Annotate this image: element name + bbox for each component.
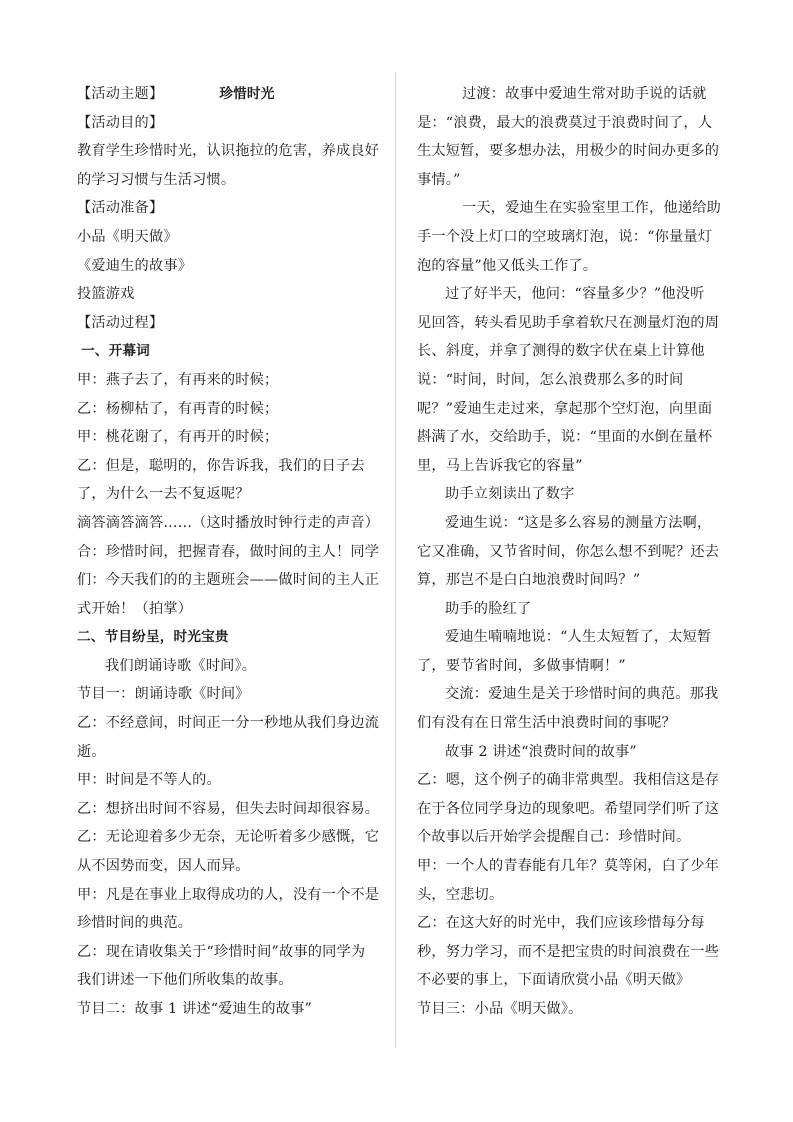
paragraph-line: 我们朗诵诗歌《时间》。 (77, 652, 389, 681)
paragraph-line: 乙：不经意间，时间正一分一秒地从我们身边流 (77, 709, 389, 738)
paragraph-line: 甲：燕子去了，有再来的时候； (77, 366, 389, 395)
paragraph-line: 节目一：朗诵诗歌《时间》 (77, 680, 389, 709)
paragraph-line: 式开始！（拍掌） (77, 595, 389, 624)
paragraph-line: 手一个没上灯口的空玻璃灯泡，说：“你量量灯 (417, 223, 729, 252)
paragraph-line: 乙：杨柳枯了，有再青的时候； (77, 395, 389, 424)
section-label: 【活动过程】 (77, 309, 389, 338)
paragraph-line: 交流：爱迪生是关于珍惜时间的典范。那我 (417, 680, 729, 709)
paragraph-line: 了，为什么一去不复返呢？ (77, 480, 389, 509)
paragraph-line: 甲：凡是在事业上取得成功的人，没有一个不是 (77, 881, 389, 910)
paragraph-line: 里，马上告诉我它的容量” (417, 452, 729, 481)
section-heading: 二、节目纷呈，时光宝贵 (77, 623, 389, 652)
paragraph-line: 节目三：小品《明天做》。 (417, 995, 729, 1024)
paragraph-line: 一天，爱迪生在实验室里工作，他递给助 (417, 194, 729, 223)
activity-theme-line: 【活动主题】珍惜时光 (77, 80, 389, 109)
paragraph-line: 算，那岂不是白白地浪费时间吗？” (417, 566, 729, 595)
paragraph-line: 珍惜时间的典范。 (77, 909, 389, 938)
paragraph-line: 呢？”爱迪生走过来，拿起那个空灯泡，向里面 (417, 395, 729, 424)
paragraph-line: 们：今天我们的的主题班会——做时间的主人正 (77, 566, 389, 595)
paragraph-line: 助手的脸红了 (417, 595, 729, 624)
paragraph-line: 是：“浪费，最大的浪费莫过于浪费时间了，人 (417, 109, 729, 138)
paragraph-line: 过了好半天，他问：“容量多少？”他没听 (417, 280, 729, 309)
paragraph-line: 乙：嗯，这个例子的确非常典型。我相信这是存 (417, 766, 729, 795)
paragraph-line: 乙：现在请收集关于“珍惜时间”故事的同学为 (77, 938, 389, 967)
paragraph-line: 斟满了水，交给助手，说：“里面的水倒在量杯 (417, 423, 729, 452)
paragraph-line: 在于各位同学身边的现象吧。希望同学们听了这 (417, 795, 729, 824)
right-column: 过渡：故事中爱迪生常对助手说的话就 是：“浪费，最大的浪费莫过于浪费时间了，人 … (417, 80, 729, 1024)
paragraph-line: 事情。” (417, 166, 729, 195)
paragraph-line: 它又准确，又节省时间，你怎么想不到呢？还去 (417, 538, 729, 567)
paragraph-line: 说：“时间，时间，怎么浪费那么多的时间 (417, 366, 729, 395)
paragraph-line: 小品《明天做》 (77, 223, 389, 252)
theme-title: 珍惜时光 (219, 86, 274, 102)
paragraph-line: 乙：但是，聪明的，你告诉我，我们的日子去 (77, 452, 389, 481)
paragraph-line: 故事 2 讲述“浪费时间的故事” (417, 738, 729, 767)
paragraph-line: 爱迪生喃喃地说：“人生太短暂了，太短暂 (417, 623, 729, 652)
paragraph-line: 乙：无论迎着多少无奈，无论听着多少感慨，它 (77, 823, 389, 852)
paragraph-line: 泡的容量”他又低头工作了。 (417, 252, 729, 281)
paragraph-line: 甲：桃花谢了，有再开的时候； (77, 423, 389, 452)
paragraph-line: 甲：一个人的青春能有几年？莫等闲，白了少年 (417, 852, 729, 881)
paragraph-line: 了，要节省时间，多做事情啊！” (417, 652, 729, 681)
section-heading: 一、开幕词 (77, 337, 389, 366)
paragraph-line: 头，空悲切。 (417, 881, 729, 910)
paragraph-line: 投篮游戏 (77, 280, 389, 309)
paragraph-line: 《爱迪生的故事》 (77, 252, 389, 281)
paragraph-line: 乙：在这大好的时光中，我们应该珍惜每分每 (417, 909, 729, 938)
paragraph-line: 见回答，转头看见助手拿着软尺在测量灯泡的周 (417, 309, 729, 338)
paragraph-line: 滴答滴答滴答……（这时播放时钟行走的声音） (77, 509, 389, 538)
paragraph-line: 秒，努力学习，而不是把宝贵的时间浪费在一些 (417, 938, 729, 967)
paragraph-line: 甲：时间是不等人的。 (77, 766, 389, 795)
paragraph-line: 逝。 (77, 738, 389, 767)
paragraph-line: 们有没有在日常生活中浪费时间的事呢？ (417, 709, 729, 738)
theme-label: 【活动主题】 (77, 86, 163, 102)
paragraph-line: 长、斜度，并拿了测得的数字伏在桌上计算他 (417, 337, 729, 366)
paragraph-line: 从不因势而变，因人而异。 (77, 852, 389, 881)
paragraph-line: 过渡：故事中爱迪生常对助手说的话就 (417, 80, 729, 109)
paragraph-line: 乙：想挤出时间不容易，但失去时间却很容易。 (77, 795, 389, 824)
paragraph-line: 不必要的事上，下面请欣赏小品《明天做》 (417, 966, 729, 995)
left-column: 【活动主题】珍惜时光 【活动目的】 教育学生珍惜时光，认识拖拉的危害，养成良好 … (77, 80, 389, 1024)
paragraph-line: 个故事以后开始学会提醒自己：珍惜时间。 (417, 823, 729, 852)
paragraph-line: 爱迪生说：“这是多么容易的测量方法啊， (417, 509, 729, 538)
paragraph-line: 教育学生珍惜时光，认识拖拉的危害，养成良好 (77, 137, 389, 166)
column-divider (395, 72, 396, 1048)
paragraph-line: 的学习习惯与生活习惯。 (77, 166, 389, 195)
paragraph-line: 我们讲述一下他们所收集的故事。 (77, 966, 389, 995)
paragraph-line: 节目二：故事 1 讲述“爱迪生的故事” (77, 995, 389, 1024)
paragraph-line: 助手立刻读出了数字 (417, 480, 729, 509)
section-label: 【活动目的】 (77, 109, 389, 138)
section-label: 【活动准备】 (77, 194, 389, 223)
paragraph-line: 合：珍惜时间，把握青春，做时间的主人！同学 (77, 538, 389, 567)
paragraph-line: 生太短暂，要多想办法，用极少的时间办更多的 (417, 137, 729, 166)
